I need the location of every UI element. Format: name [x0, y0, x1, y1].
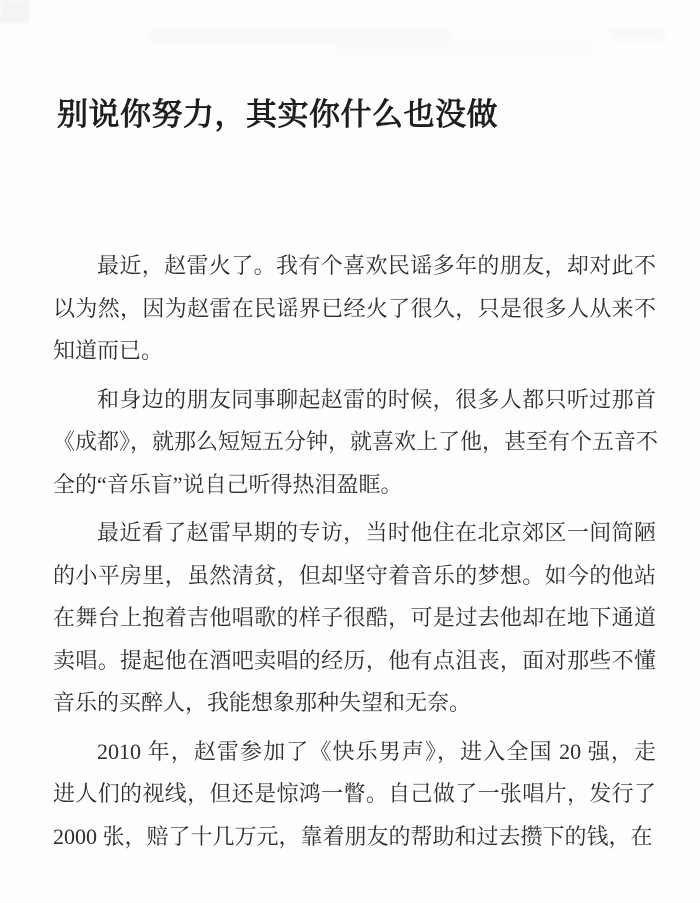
scan-bleedthrough-artifact — [610, 28, 665, 40]
text-line: 音乐的买醉人，我能想象那种失望和无奈。 — [53, 682, 656, 725]
scan-corner-artifact — [0, 0, 29, 23]
page-body: 最近，赵雷火了。我有个喜欢民谣多年的朋友，却对此不以为然，因为赵雷在民谣界已经火… — [53, 245, 656, 864]
text-line: 知道而已。 — [53, 330, 656, 373]
text-line: 卖唱。提起他在酒吧卖唱的经历，他有点沮丧，面对那些不懂 — [53, 640, 656, 683]
book-page: 别说你努力，其实你什么也没做 最近，赵雷火了。我有个喜欢民谣多年的朋友，却对此不… — [0, 0, 700, 903]
page-title: 别说你努力，其实你什么也没做 — [57, 89, 657, 134]
text-line: 的小平房里，虽然清贫，但却坚守着音乐的梦想。如今的他站 — [53, 555, 656, 598]
text-line: 最近，赵雷火了。我有个喜欢民谣多年的朋友，却对此不 — [53, 245, 656, 288]
paragraph: 和身边的朋友同事聊起赵雷的时候，很多人都只听过那首《成都》，就那么短短五分钟，就… — [53, 379, 656, 507]
text-line: 全的“音乐盲”说自己听得热泪盈眶。 — [53, 464, 656, 507]
scan-bleedthrough-artifact — [150, 29, 450, 43]
paragraph: 最近，赵雷火了。我有个喜欢民谣多年的朋友，却对此不以为然，因为赵雷在民谣界已经火… — [53, 245, 656, 373]
text-line: 和身边的朋友同事聊起赵雷的时候，很多人都只听过那首 — [53, 379, 656, 422]
text-line: 进人们的视线，但还是惊鸿一瞥。自己做了一张唱片，发行了 — [53, 773, 656, 816]
paragraph: 2010 年，赵雷参加了《快乐男声》，进入全国 20 强，走进人们的视线，但还是… — [53, 731, 656, 859]
text-line: 《成都》，就那么短短五分钟，就喜欢上了他，甚至有个五音不 — [53, 421, 656, 464]
text-line: 2000 张，赔了十几万元，靠着朋友的帮助和过去攒下的钱，在 — [53, 816, 656, 859]
text-line: 以为然，因为赵雷在民谣界已经火了很久，只是很多人从来不 — [53, 288, 656, 331]
scan-bleedthrough-artifact — [340, 42, 590, 54]
text-line: 在舞台上抱着吉他唱歌的样子很酷，可是过去他却在地下通道 — [53, 597, 656, 640]
paragraph: 最近看了赵雷早期的专访，当时他住在北京郊区一间简陋的小平房里，虽然清贫，但却坚守… — [53, 512, 656, 725]
text-line: 最近看了赵雷早期的专访，当时他住在北京郊区一间简陋 — [53, 512, 656, 555]
text-line: 2010 年，赵雷参加了《快乐男声》，进入全国 20 强，走 — [53, 731, 656, 774]
